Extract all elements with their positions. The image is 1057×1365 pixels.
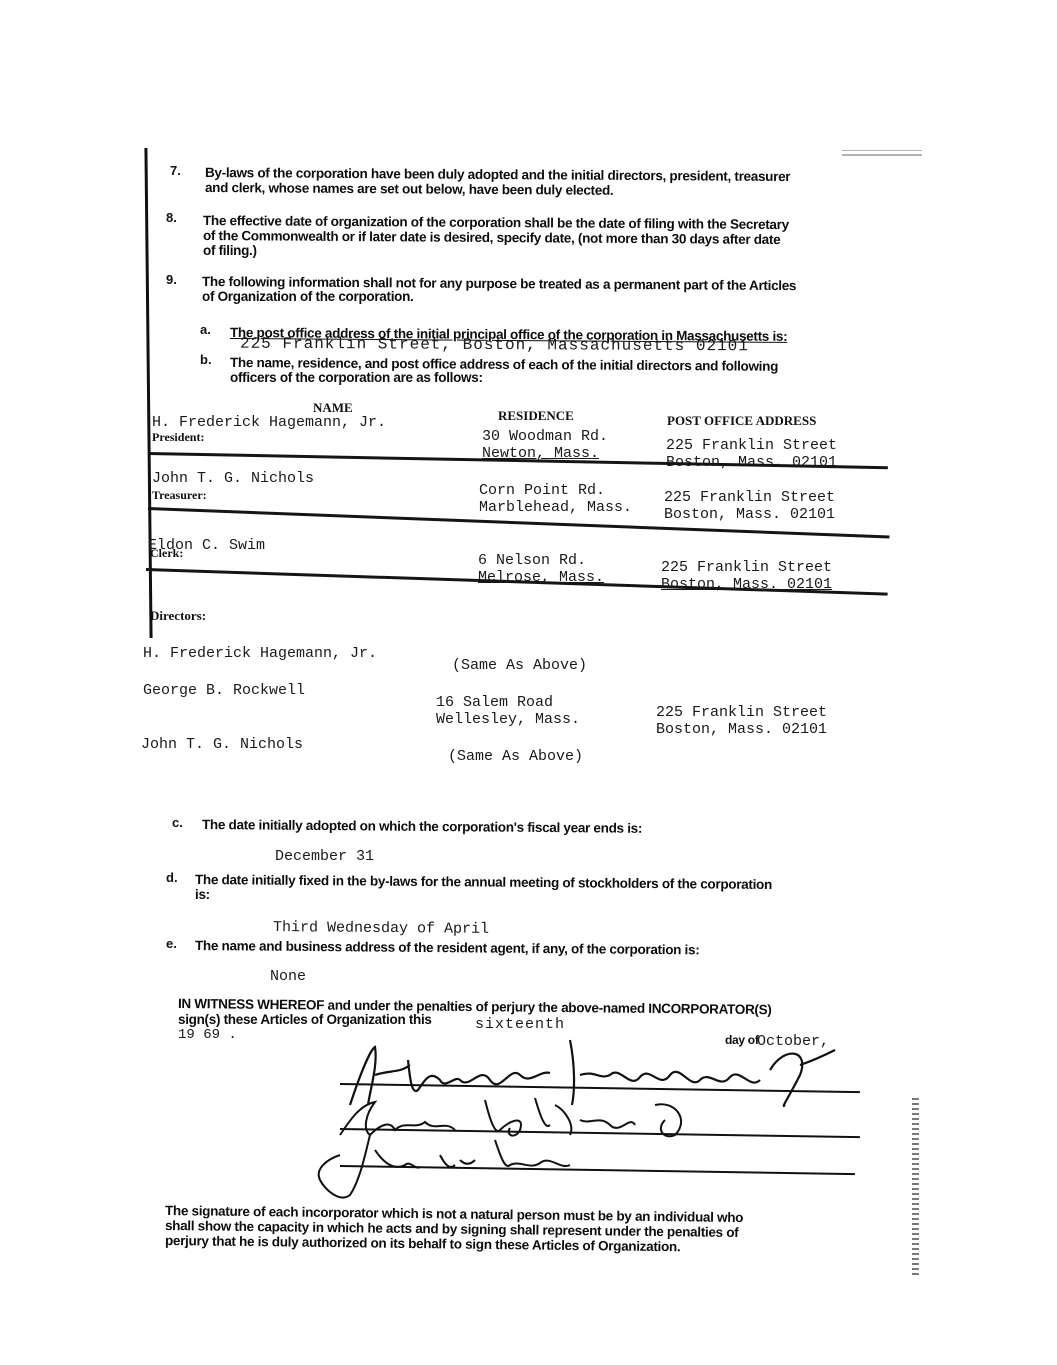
officer-role-treasurer: Treasurer: [152, 488, 207, 503]
signature-nichols [310, 1125, 590, 1205]
item-b-text: The name, residence, and post office add… [230, 355, 900, 385]
witness-line2: sign(s) these Articles of Organization t… [178, 1012, 432, 1027]
item-a-address-value: 225 Franklin Street, Boston, Massachuset… [240, 335, 749, 356]
director-note-3: (Same As Above) [448, 748, 583, 765]
item-b-letter: b. [200, 352, 212, 367]
item-e-value: None [270, 968, 306, 985]
officer-role-clerk: Clerk: [150, 546, 183, 561]
item-d-value: Third Wednesday of April [273, 919, 489, 938]
officer-residence-president: 30 Woodman Rd. Newton, Mass. [482, 428, 608, 462]
column-header-post-office-address: POST OFFICE ADDRESS [667, 413, 816, 429]
item-c-text: The date initially adopted on which the … [202, 817, 642, 836]
director-address-2: 225 Franklin Street Boston, Mass. 02101 [656, 704, 827, 738]
item-e-text: The name and business address of the res… [195, 938, 700, 957]
item-9-text: The following information shall not for … [202, 274, 902, 304]
scan-noise-right [912, 1095, 919, 1275]
officer-address-treasurer: 225 Franklin Street Boston, Mass. 02101 [664, 489, 835, 523]
director-name-1: H. Frederick Hagemann, Jr. [143, 645, 377, 662]
item-7-text: By-laws of the corporation have been dul… [205, 165, 905, 195]
footer-note: The signature of each incorporator which… [165, 1203, 865, 1248]
director-note-1: (Same As Above) [452, 657, 587, 674]
officer-residence-treasurer: Corn Point Rd. Marblehead, Mass. [479, 482, 632, 516]
witness-day: sixteenth [475, 1016, 565, 1033]
item-d-text: The date initially fixed in the by-laws … [195, 872, 895, 902]
left-margin-bar [144, 148, 152, 638]
articles-of-organization-page: 7. By-laws of the corporation have been … [0, 0, 1057, 1365]
director-residence-2: 16 Salem Road Wellesley, Mass. [436, 694, 580, 728]
officer-role-president: President: [152, 430, 204, 445]
item-c-letter: c. [172, 815, 183, 830]
item-c-value: December 31 [275, 848, 374, 865]
item-9-number: 9. [166, 272, 177, 287]
director-name-2: George B. Rockwell [143, 682, 305, 699]
directors-label: Directors: [150, 608, 206, 624]
witness-year: 19 69 . [178, 1027, 237, 1043]
item-e-letter: e. [166, 936, 177, 951]
item-a-letter: a. [200, 322, 211, 337]
officer-name-president: H. Frederick Hagemann, Jr. [152, 414, 386, 431]
witness-clause: IN WITNESS WHEREOF and under the penalti… [178, 996, 878, 1011]
scan-noise-top [842, 150, 922, 156]
director-name-3: John T. G. Nichols [141, 736, 303, 753]
item-8-number: 8. [166, 210, 177, 225]
item-d-letter: d. [166, 870, 178, 885]
officer-name-treasurer: John T. G. Nichols [152, 470, 314, 487]
column-header-residence: RESIDENCE [498, 408, 574, 424]
item-8-text: The effective date of organization of th… [203, 213, 903, 258]
item-7-number: 7. [170, 163, 181, 178]
